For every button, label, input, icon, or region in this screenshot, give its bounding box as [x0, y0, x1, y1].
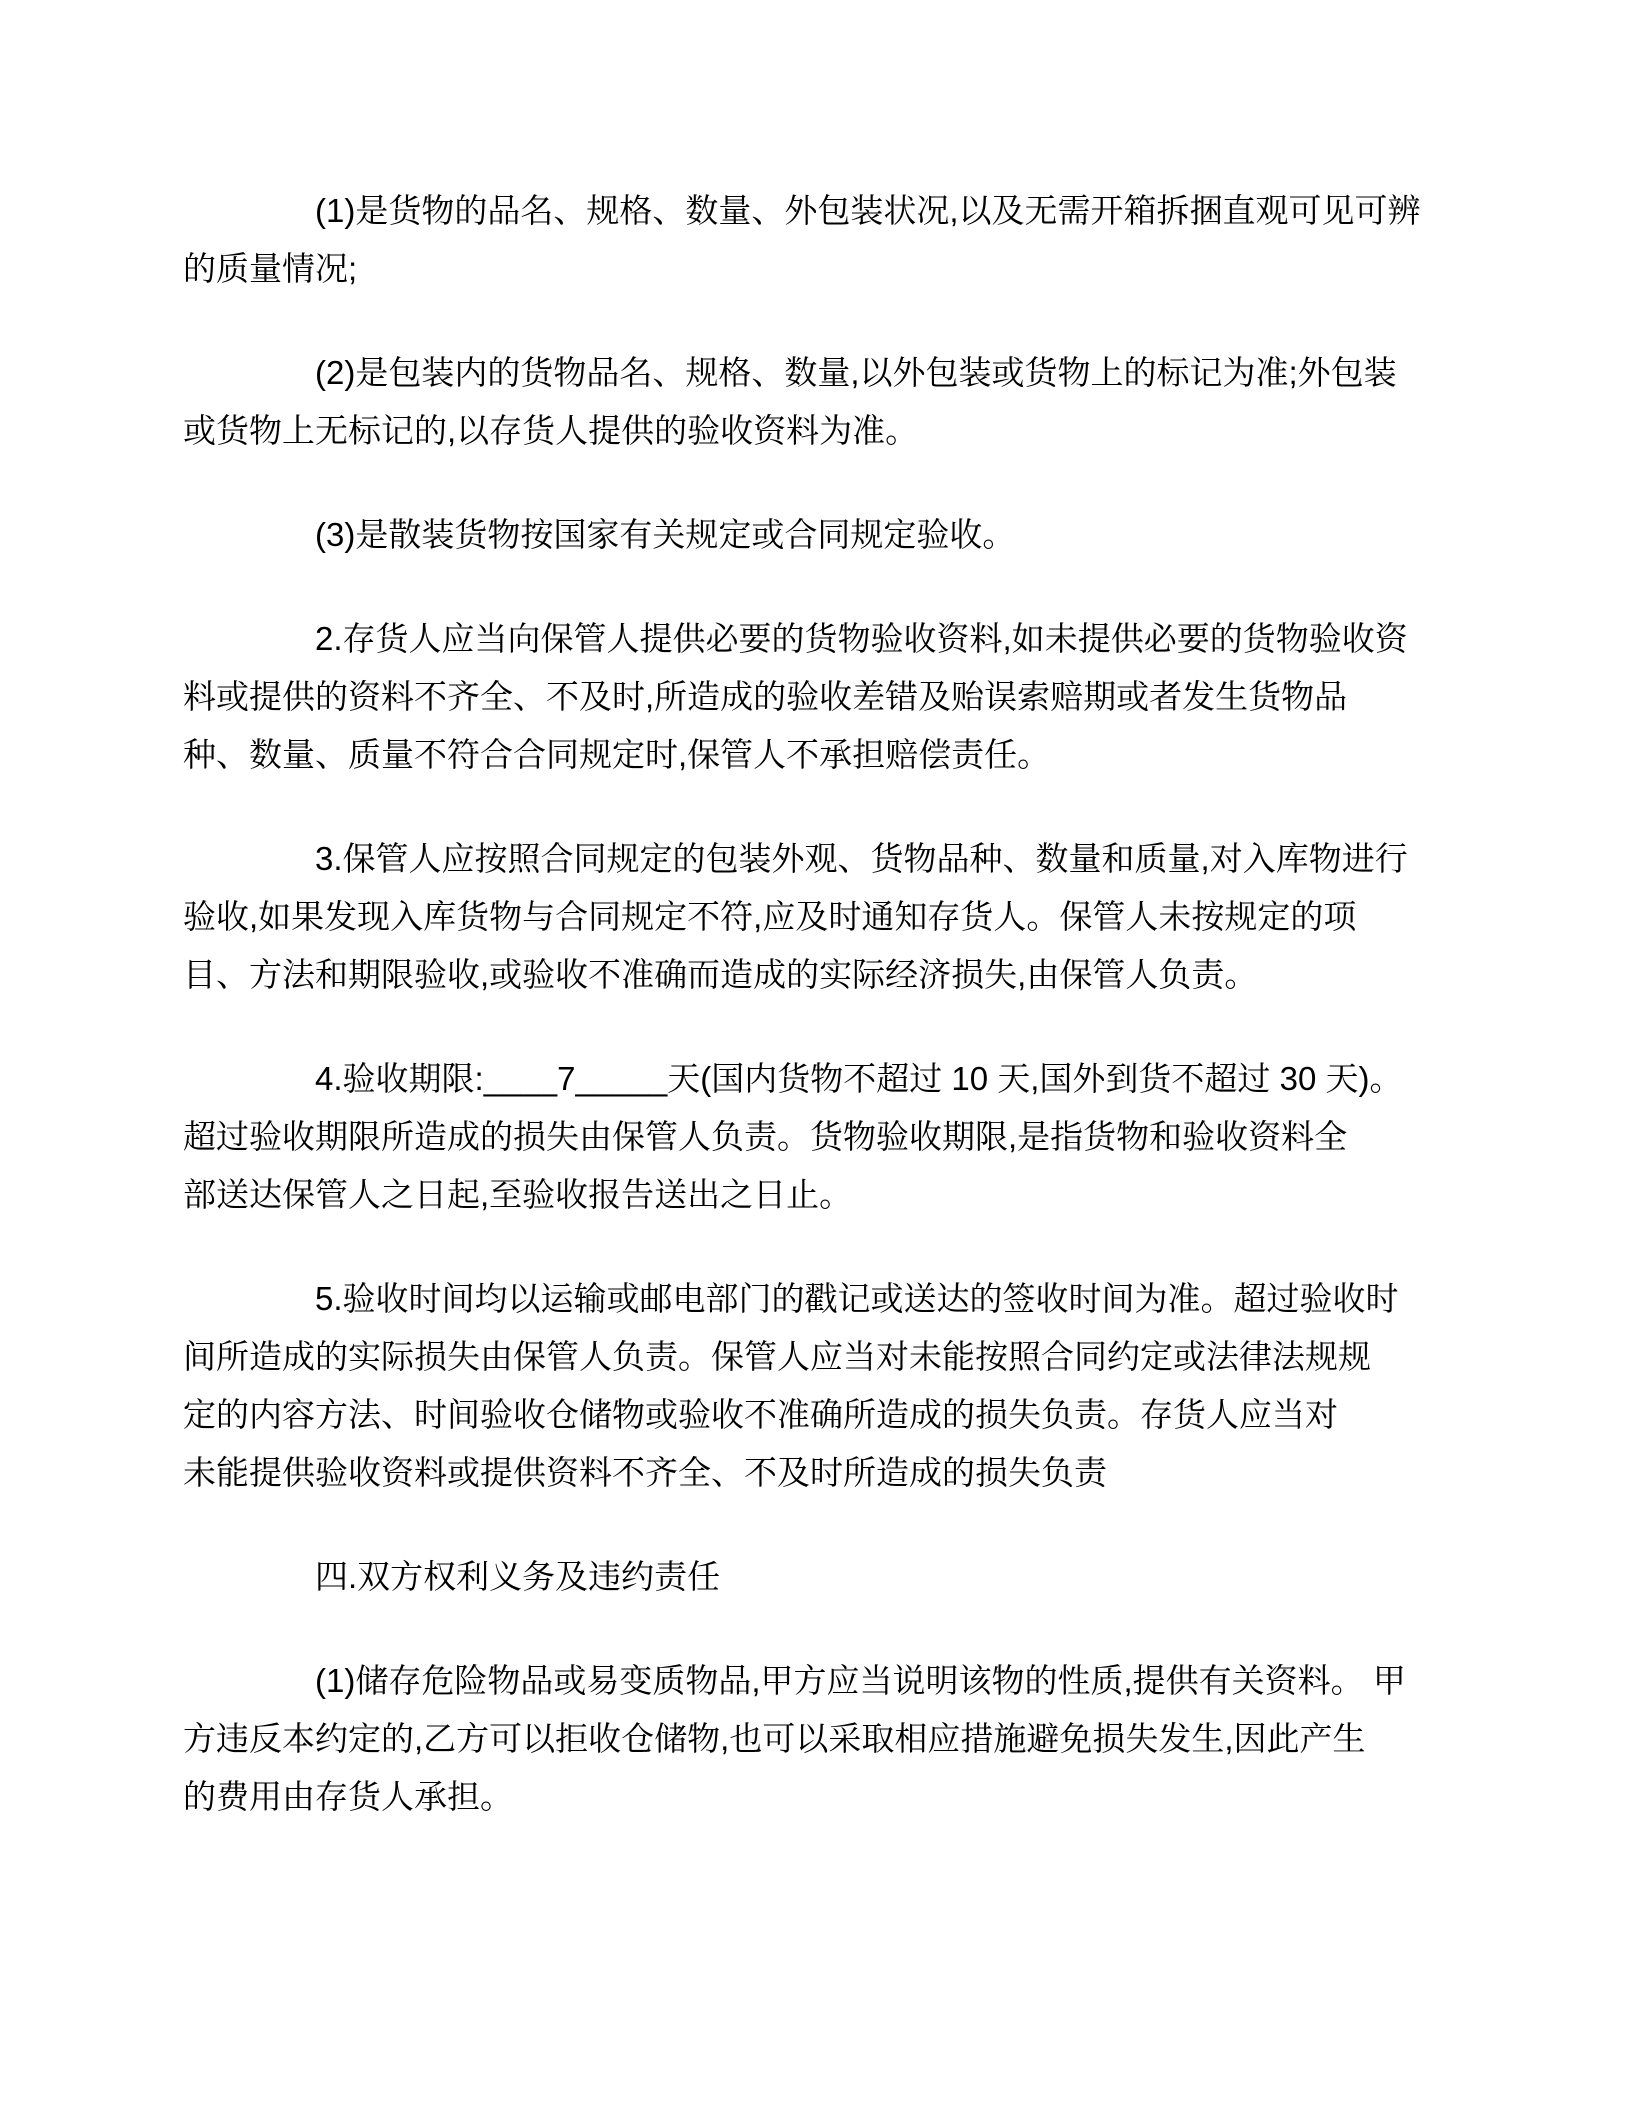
- text-line: 间所造成的实际损失由保管人负责。保管人应当对未能按照合同约定或法律法规规: [183, 1328, 1432, 1386]
- section-heading-rights-obligations: 四.双方权利义务及违约责任: [183, 1548, 1432, 1606]
- text-line: 方违反本约定的,乙方可以拒收仓储物,也可以采取相应措施避免损失发生,因此产生: [183, 1710, 1432, 1768]
- text-line: 种、数量、质量不符合合同规定时,保管人不承担赔偿责任。: [183, 726, 1432, 784]
- paragraph-dangerous-goods: (1)储存危险物品或易变质物品,甲方应当说明该物的性质,提供有关资料。 甲 方违…: [183, 1652, 1432, 1826]
- document-viewport: { "page": { "background_color": "#ffffff…: [0, 0, 1632, 2112]
- text-line: (1)是货物的品名、规格、数量、外包装状况,以及无需开箱拆捆直观可见可辨: [183, 182, 1432, 240]
- paragraph-packed-goods-check: (2)是包装内的货物品名、规格、数量,以外包装或货物上的标记为准;外包装 或货物…: [183, 344, 1432, 460]
- text-line: (1)储存危险物品或易变质物品,甲方应当说明该物的性质,提供有关资料。 甲: [183, 1652, 1432, 1710]
- text-line: 目、方法和期限验收,或验收不准确而造成的实际经济损失,由保管人负责。: [183, 946, 1432, 1004]
- section-heading-line: 四.双方权利义务及违约责任: [183, 1548, 1432, 1606]
- text-line: 部送达保管人之日起,至验收报告送出之日止。: [183, 1166, 1432, 1224]
- text-line: 3.保管人应按照合同规定的包装外观、货物品种、数量和质量,对入库物进行: [183, 830, 1432, 888]
- text-line: 2.存货人应当向保管人提供必要的货物验收资料,如未提供必要的货物验收资: [183, 610, 1432, 668]
- text-line: 的质量情况;: [183, 240, 1432, 298]
- text-line: 超过验收期限所造成的损失由保管人负责。货物验收期限,是指货物和验收资料全: [183, 1108, 1432, 1166]
- contract-page: (1)是货物的品名、规格、数量、外包装状况,以及无需开箱拆捆直观可见可辨 的质量…: [0, 0, 1632, 2112]
- text-line: (3)是散装货物按国家有关规定或合同规定验收。: [183, 506, 1432, 564]
- text-line: 未能提供验收资料或提供资料不齐全、不及时所造成的损失负责: [183, 1444, 1432, 1502]
- paragraph-acceptance-period: 4.验收期限:____7_____天(国内货物不超过 10 天,国外到货不超过 …: [183, 1050, 1432, 1224]
- paragraph-goods-visible-check: (1)是货物的品名、规格、数量、外包装状况,以及无需开箱拆捆直观可见可辨 的质量…: [183, 182, 1432, 298]
- paragraph-bulk-goods-check: (3)是散装货物按国家有关规定或合同规定验收。: [183, 506, 1432, 564]
- paragraph-depositor-documents: 2.存货人应当向保管人提供必要的货物验收资料,如未提供必要的货物验收资 料或提供…: [183, 610, 1432, 784]
- text-line: 4.验收期限:____7_____天(国内货物不超过 10 天,国外到货不超过 …: [183, 1050, 1432, 1108]
- text-line: 定的内容方法、时间验收仓储物或验收不准确所造成的损失负责。存货人应当对: [183, 1386, 1432, 1444]
- paragraph-acceptance-time: 5.验收时间均以运输或邮电部门的戳记或送达的签收时间为准。超过验收时 间所造成的…: [183, 1270, 1432, 1502]
- text-line: 的费用由存货人承担。: [183, 1768, 1432, 1826]
- text-line: 料或提供的资料不齐全、不及时,所造成的验收差错及贻误索赔期或者发生货物品: [183, 668, 1432, 726]
- text-line: (2)是包装内的货物品名、规格、数量,以外包装或货物上的标记为准;外包装: [183, 344, 1432, 402]
- paragraph-custodian-inspection: 3.保管人应按照合同规定的包装外观、货物品种、数量和质量,对入库物进行 验收,如…: [183, 830, 1432, 1004]
- text-line: 5.验收时间均以运输或邮电部门的戳记或送达的签收时间为准。超过验收时: [183, 1270, 1432, 1328]
- text-line: 或货物上无标记的,以存货人提供的验收资料为准。: [183, 402, 1432, 460]
- text-line: 验收,如果发现入库货物与合同规定不符,应及时通知存货人。保管人未按规定的项: [183, 888, 1432, 946]
